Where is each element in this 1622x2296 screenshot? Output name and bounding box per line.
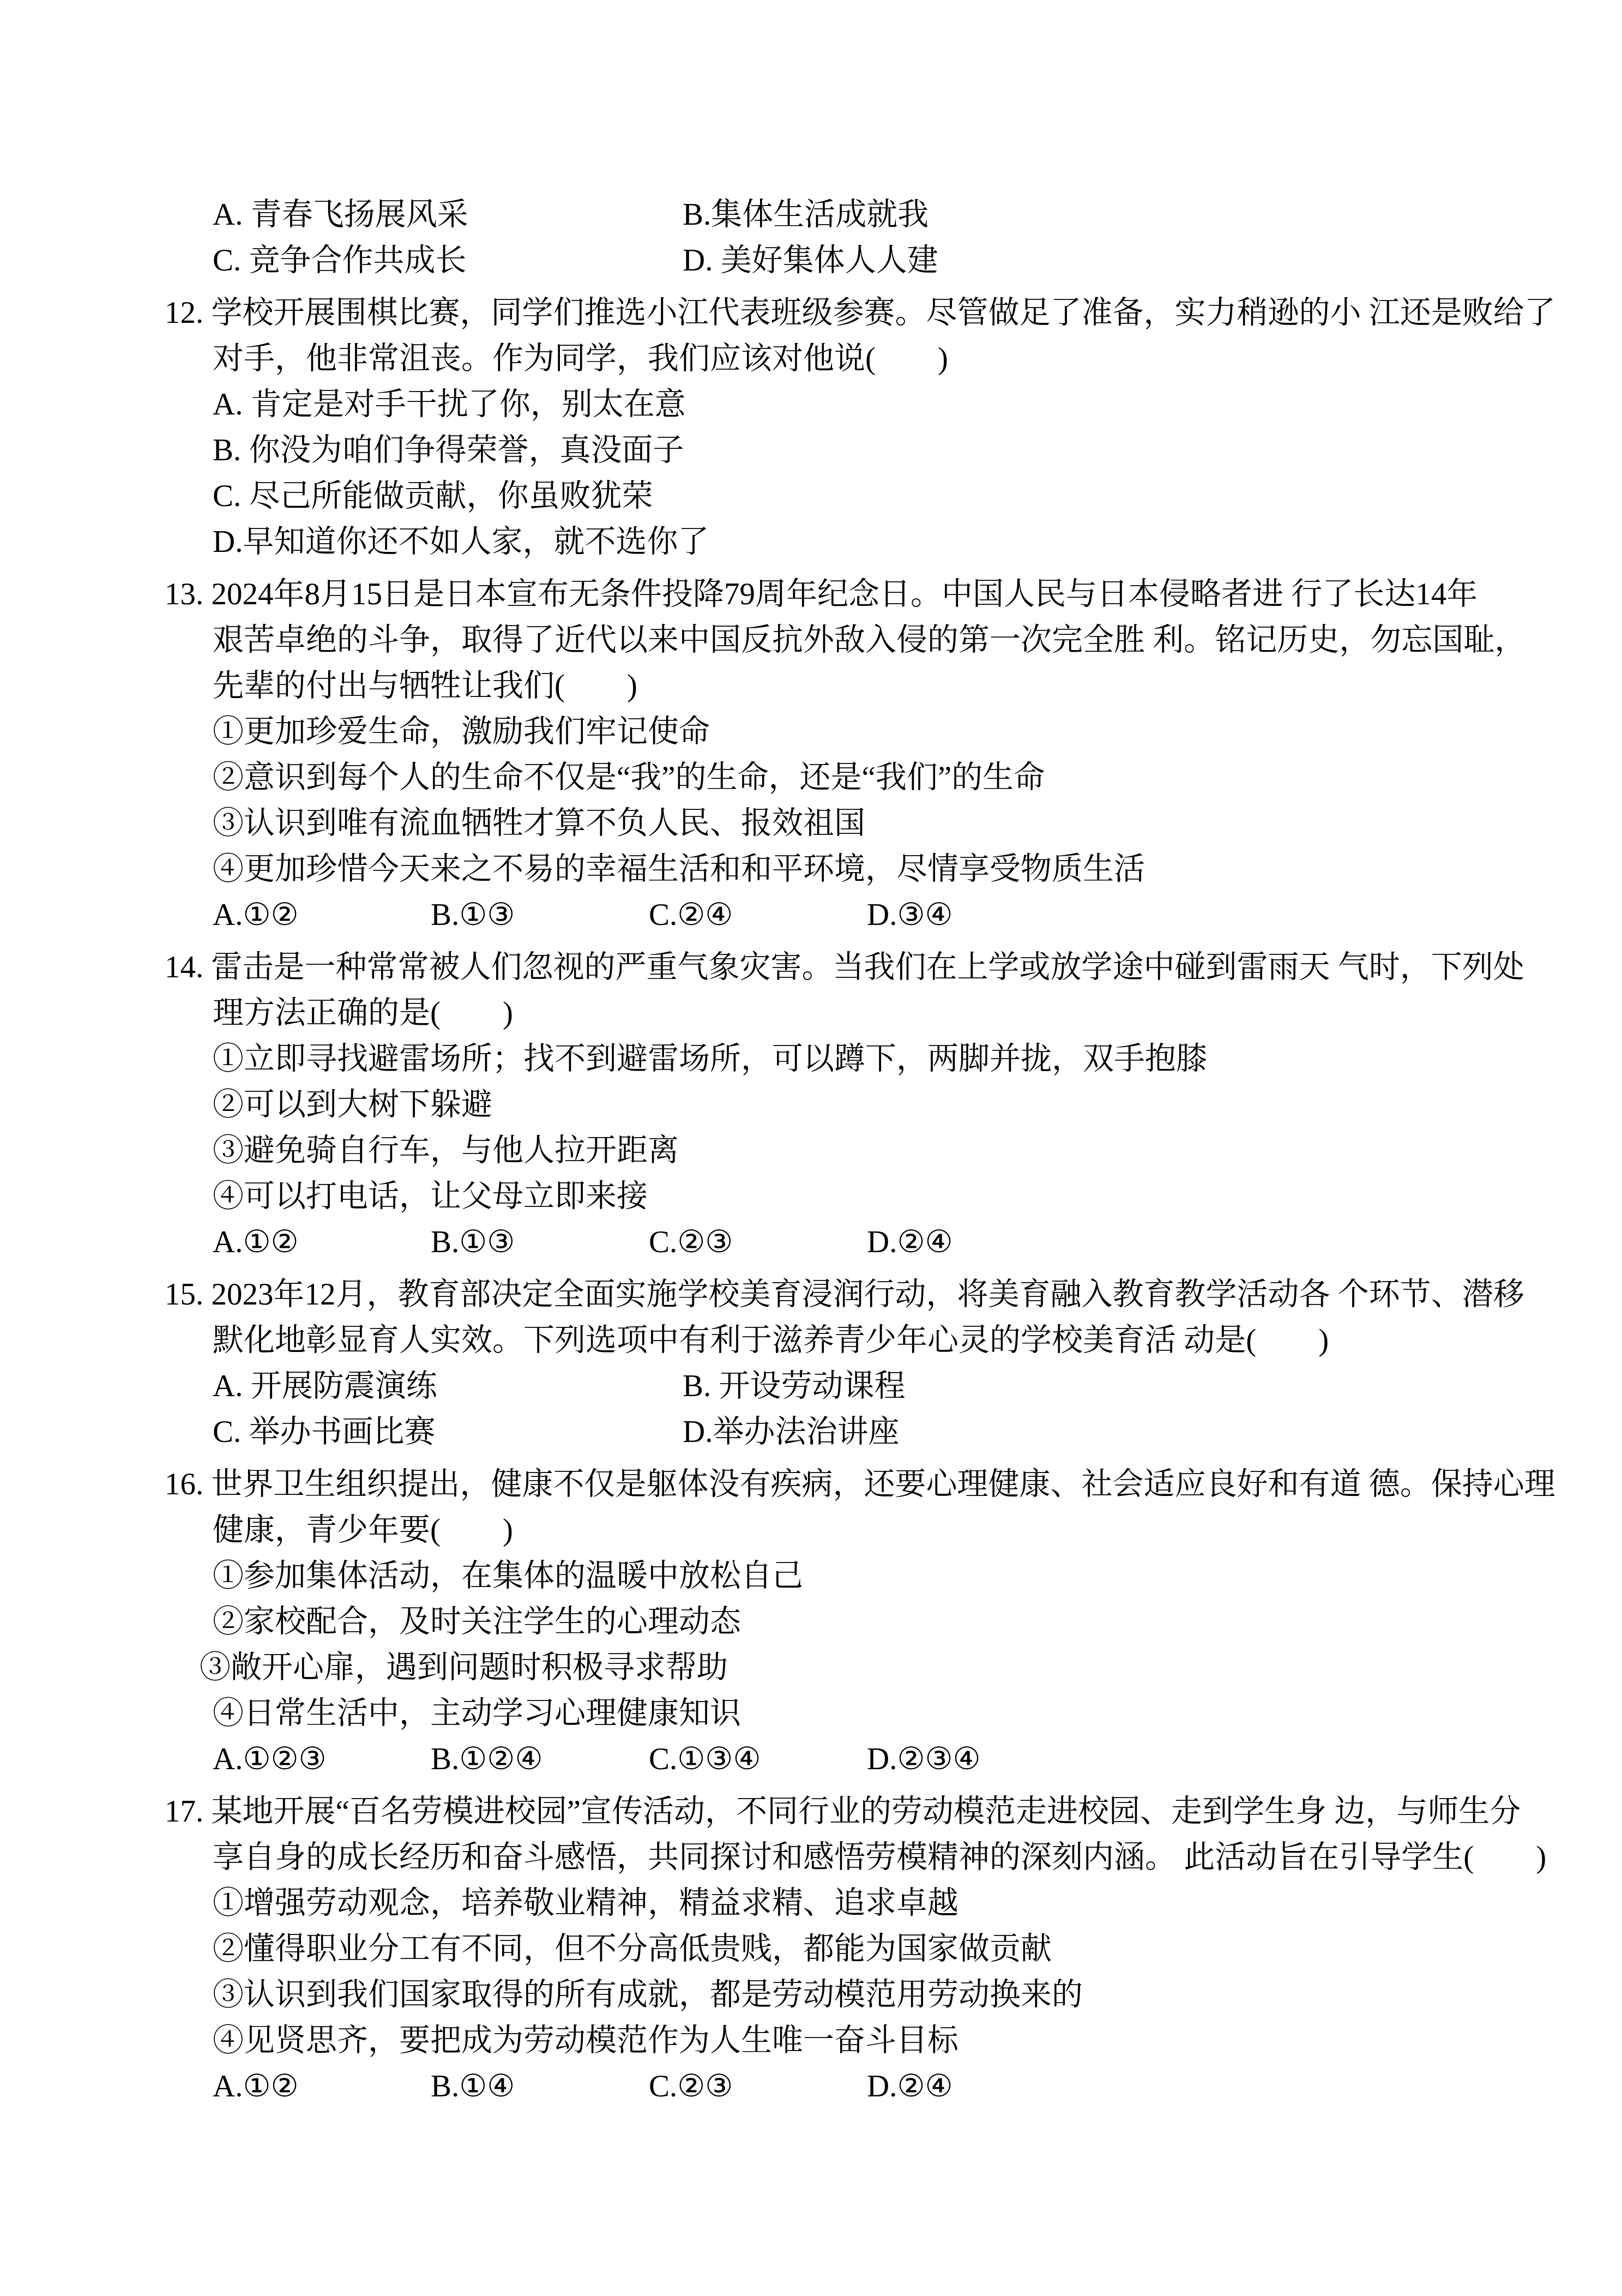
question-13-stem-line-1: 13. 2024年8月15日是日本宣布无条件投降79周年纪念日。中国人民与日本侵…	[165, 572, 1618, 617]
question-12-stem-line-1: 12. 学校开展围棋比赛，同学们推选小江代表班级参赛。尽管做足了准备，实力稍逊的…	[165, 290, 1618, 336]
question-14-answer-a: A.①②	[213, 1219, 431, 1265]
question-17-answer-b: B.①④	[431, 2064, 649, 2109]
exam-page: { "page": { "background_color": "#ffffff…	[0, 0, 1622, 2296]
question-11-option-row-2: C. 竞争合作共成长D. 美好集体人人建	[165, 238, 1618, 284]
question-15-option-row-2: C. 举办书画比赛D.举办法治讲座	[165, 1409, 1618, 1455]
question-15-option-d: D.举办法治讲座	[683, 1415, 899, 1449]
question-13-answer-c: C.②④	[649, 892, 867, 938]
question-16-item-3: ③敞开心扉，遇到问题时积极寻求帮助	[165, 1645, 1618, 1691]
question-14-stem-line-1: 14. 雷击是一种常常被人们忽视的严重气象灾害。当我们在上学或放学途中碰到雷雨天…	[165, 945, 1618, 990]
question-14-answer-c: C.②③	[649, 1219, 867, 1265]
question-13-answer-row: A.①②B.①③C.②④D.③④	[165, 892, 1618, 938]
question-12-option-d: D.早知道你还不如人家，就不选你了	[165, 519, 1618, 565]
exam-content: A. 青春飞扬展风采B.集体生活成就我 C. 竞争合作共成长D. 美好集体人人建…	[165, 192, 1618, 2109]
question-14-item-1: ①立即寻找避雷场所；找不到避雷场所，可以蹲下，两脚并拢，双手抱膝	[165, 1036, 1618, 1082]
question-16-answer-row: A.①②③B.①②④C.①③④D.②③④	[165, 1736, 1618, 1782]
question-11-option-d: D. 美好集体人人建	[683, 243, 938, 278]
question-16-answer-d: D.②③④	[867, 1736, 981, 1782]
question-13-stem-line-2: 艰苦卓绝的斗争，取得了近代以来中国反抗外敌入侵的第一次完全胜 利。铭记历史，勿忘…	[165, 617, 1618, 663]
question-15-option-row-1: A. 开展防震演练B. 开设劳动课程	[165, 1363, 1618, 1409]
question-14-stem-line-2: 理方法正确的是( )	[165, 990, 1618, 1036]
question-15-stem-line-2: 默化地彰显育人实效。下列选项中有利于滋养青少年心灵的学校美育活 动是( )	[165, 1318, 1618, 1363]
question-13-item-2: ②意识到每个人的生命不仅是“我”的生命，还是“我们”的生命	[165, 755, 1618, 801]
question-12-option-c: C. 尽己所能做贡献，你虽败犹荣	[165, 473, 1618, 519]
question-14-item-3: ③避免骑自行车，与他人拉开距离	[165, 1128, 1618, 1174]
question-11-option-row-1: A. 青春飞扬展风采B.集体生活成就我	[165, 192, 1618, 238]
question-13-answer-d: D.③④	[867, 892, 953, 938]
question-15-stem-line-1: 15. 2023年12月，教育部决定全面实施学校美育浸润行动，将美育融入教育教学…	[165, 1272, 1618, 1318]
question-17-answer-d: D.②④	[867, 2064, 953, 2109]
question-13-answer-a: A.①②	[213, 892, 431, 938]
question-16-item-4: ④日常生活中，主动学习心理健康知识	[165, 1691, 1618, 1736]
question-16-item-1: ①参加集体活动，在集体的温暖中放松自己	[165, 1553, 1618, 1599]
question-17-answer-c: C.②③	[649, 2064, 867, 2109]
question-16-answer-b: B.①②④	[431, 1736, 649, 1782]
question-15-option-c: C. 举办书画比赛	[213, 1409, 683, 1455]
question-16-item-2: ②家校配合，及时关注学生的心理动态	[165, 1599, 1618, 1645]
question-16-stem-line-1: 16. 世界卫生组织提出，健康不仅是躯体没有疾病，还要心理健康、社会适应良好和有…	[165, 1462, 1618, 1507]
question-14-answer-b: B.①③	[431, 1219, 649, 1265]
question-13-stem-line-3: 先辈的付出与牺牲让我们( )	[165, 663, 1618, 709]
question-13-answer-b: B.①③	[431, 892, 649, 938]
question-16-stem-line-2: 健康，青少年要( )	[165, 1507, 1618, 1553]
question-11-option-c: C. 竞争合作共成长	[213, 238, 683, 284]
question-12-stem-line-2: 对手，他非常沮丧。作为同学，我们应该对他说( )	[165, 336, 1618, 382]
question-12-option-a: A. 肯定是对手干扰了你，别太在意	[165, 382, 1618, 428]
question-14-answer-row: A.①②B.①③C.②③D.②④	[165, 1219, 1618, 1265]
question-15-option-b: B. 开设劳动课程	[683, 1369, 906, 1403]
question-17-item-2: ②懂得职业分工有不同，但不分高低贵贱，都能为国家做贡献	[165, 1926, 1618, 1972]
question-11-option-a: A. 青春飞扬展风采	[213, 192, 683, 238]
question-14-item-4: ④可以打电话，让父母立即来接	[165, 1174, 1618, 1219]
question-17-item-1: ①增强劳动观念，培养敬业精神，精益求精、追求卓越	[165, 1880, 1618, 1926]
question-17-item-4: ④见贤思齐，要把成为劳动模范作为人生唯一奋斗目标	[165, 2018, 1618, 2064]
question-17-item-3: ③认识到我们国家取得的所有成就，都是劳动模范用劳动换来的	[165, 1972, 1618, 2018]
question-17-stem-line-2: 享自身的成长经历和奋斗感悟，共同探讨和感悟劳模精神的深刻内涵。 此活动旨在引导学…	[165, 1835, 1618, 1880]
question-11-option-b: B.集体生活成就我	[683, 197, 928, 232]
question-13-item-4: ④更加珍惜今天来之不易的幸福生活和和平环境，尽情享受物质生活	[165, 846, 1618, 892]
question-13-item-1: ①更加珍爱生命，激励我们牢记使命	[165, 709, 1618, 755]
question-12-option-b: B. 你没为咱们争得荣誉，真没面子	[165, 428, 1618, 473]
question-17-answer-row: A.①②B.①④C.②③D.②④	[165, 2064, 1618, 2109]
question-17-answer-a: A.①②	[213, 2064, 431, 2109]
question-16-answer-a: A.①②③	[213, 1736, 431, 1782]
question-17-stem-line-1: 17. 某地开展“百名劳模进校园”宣传活动，不同行业的劳动模范走进校园、走到学生…	[165, 1789, 1618, 1835]
question-15-option-a: A. 开展防震演练	[213, 1363, 683, 1409]
question-14-item-2: ②可以到大树下躲避	[165, 1082, 1618, 1128]
question-14-answer-d: D.②④	[867, 1219, 953, 1265]
question-16-answer-c: C.①③④	[649, 1736, 867, 1782]
question-13-item-3: ③认识到唯有流血牺牲才算不负人民、报效祖国	[165, 801, 1618, 846]
